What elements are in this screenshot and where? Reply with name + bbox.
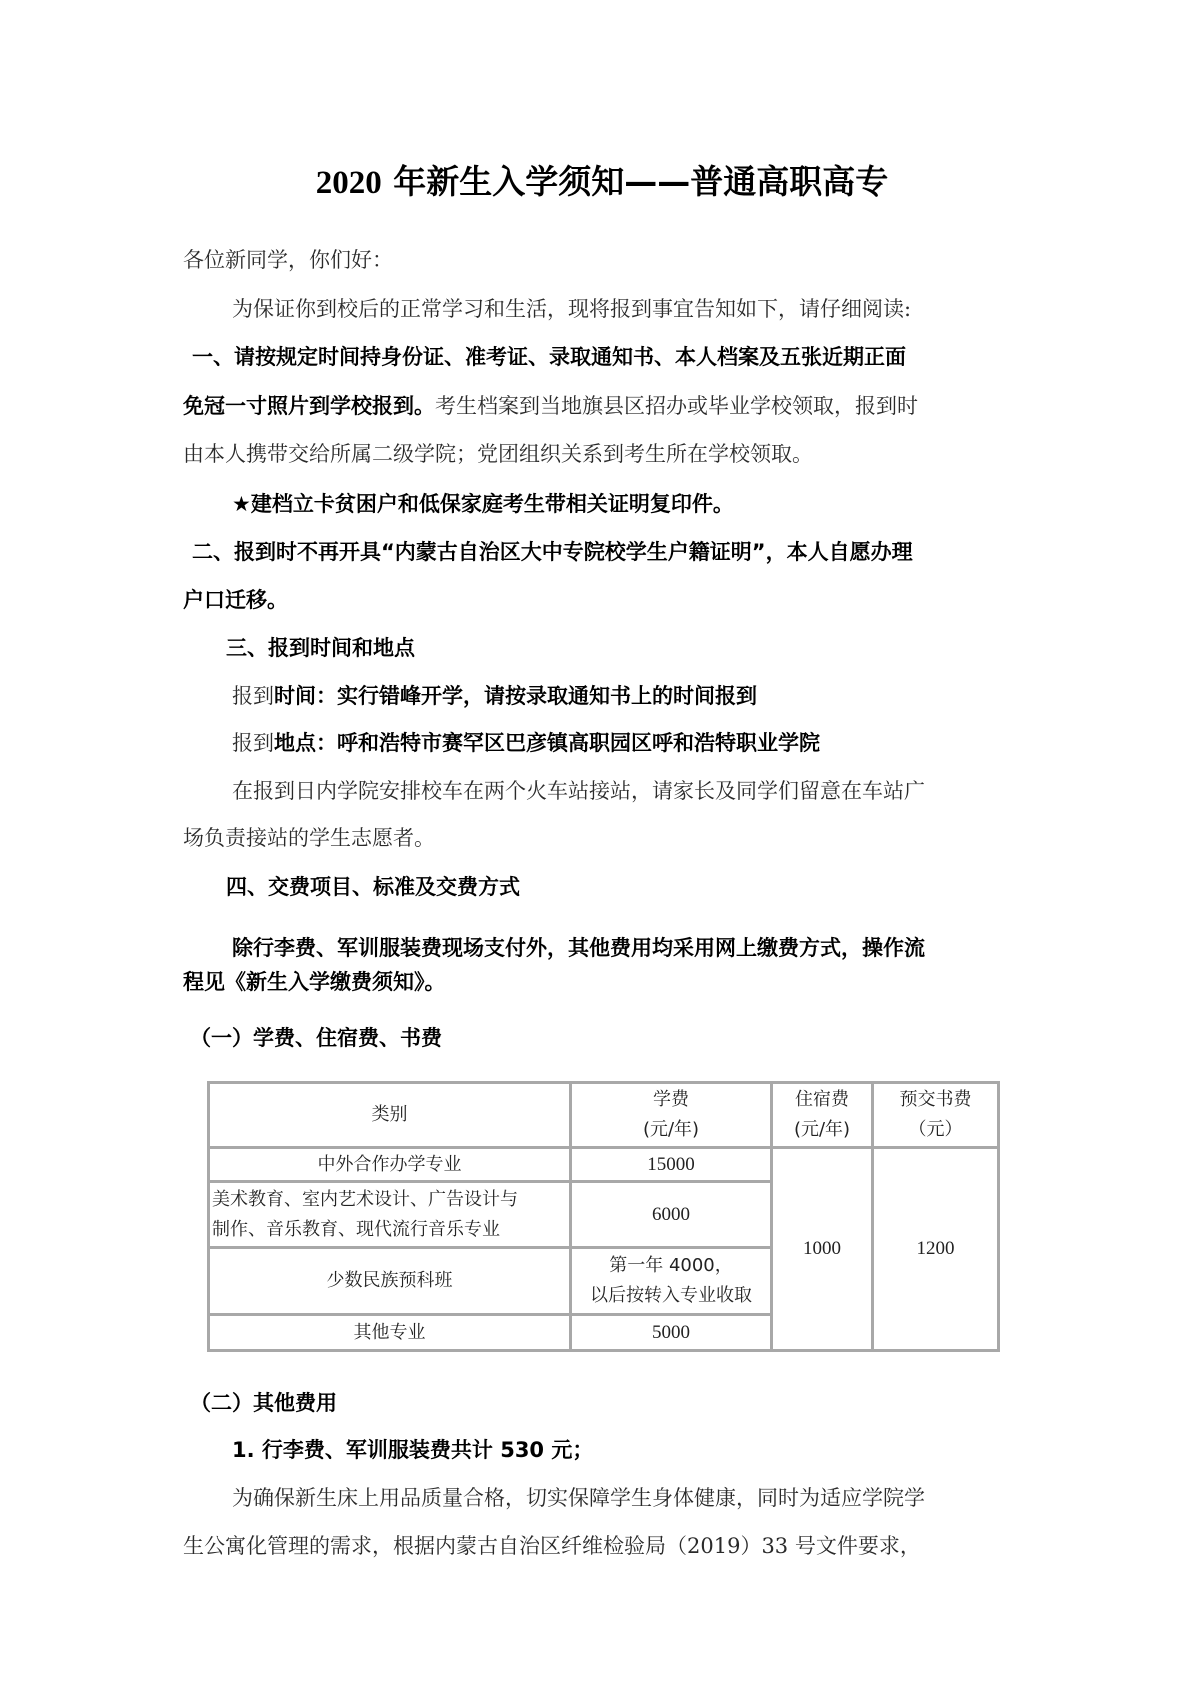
- pickup-line2: 场负责接站的学生志愿者。: [183, 825, 435, 851]
- cell-book-fee: 1200: [873, 1148, 999, 1351]
- section1-line3: 由本人携带交给所属二级学院；党团组织关系到考生所在学校领取。: [183, 441, 813, 467]
- section2-line2: 户口迁移。: [183, 587, 288, 613]
- report-location-prefix: 报到: [232, 731, 274, 755]
- section2-line1: 二、报到时不再开具“内蒙古自治区大中专院校学生户籍证明”，本人自愿办理: [192, 539, 913, 565]
- section1-line1: 一、请按规定时间持身份证、准考证、录取通知书、本人档案及五张近期正面: [192, 344, 906, 370]
- payment-line1: 除行李费、军训服装费现场支付外，其他费用均采用网上缴费方式，操作流: [232, 935, 925, 961]
- greeting: 各位新同学，你们好：: [183, 247, 393, 273]
- cell-category: 美术教育、室内艺术设计、广告设计与制作、音乐教育、现代流行音乐专业: [209, 1182, 571, 1248]
- cell-tuition: 6000: [571, 1182, 772, 1248]
- section3-heading: 三、报到时间和地点: [226, 635, 415, 661]
- section1-line2-regular: 考生档案到当地旗县区招办或毕业学校领取，报到时: [435, 394, 918, 418]
- table-row: 中外合作办学专业 15000 1000 1200: [209, 1148, 999, 1182]
- report-time: 报到时间：实行错峰开学，请按录取通知书上的时间报到: [232, 683, 757, 709]
- pickup-line1: 在报到日内学院安排校车在两个火车站接站，请家长及同学们留意在车站广: [232, 778, 925, 804]
- cell-category: 其他专业: [209, 1315, 571, 1351]
- section1-line2: 免冠一寸照片到学校报到。考生档案到当地旗县区招办或毕业学校领取，报到时: [183, 393, 918, 419]
- sub1-heading: （一）学费、住宿费、书费: [190, 1025, 442, 1051]
- report-time-value: 时间：实行错峰开学，请按录取通知书上的时间报到: [274, 684, 757, 708]
- section1-line2-bold: 免冠一寸照片到学校报到。: [183, 394, 435, 418]
- header-category: 类别: [209, 1083, 571, 1148]
- other-fee-item1: 1. 行李费、军训服装费共计 530 元；: [232, 1437, 593, 1463]
- star-note: ★建档立卡贫困户和低保家庭考生带相关证明复印件。: [232, 491, 734, 517]
- cell-category: 中外合作办学专业: [209, 1148, 571, 1182]
- cell-tuition: 15000: [571, 1148, 772, 1182]
- table-header-row: 类别 学费(元/年) 住宿费(元/年) 预交书费（元）: [209, 1083, 999, 1148]
- title-year: 2020: [316, 165, 382, 201]
- title-text: 年新生入学须知——普通高职高专: [382, 162, 889, 201]
- cell-tuition: 第一年 4000，以后按转入专业收取: [571, 1248, 772, 1315]
- header-books: 预交书费（元）: [873, 1083, 999, 1148]
- page-title: 2020 年新生入学须知——普通高职高专: [0, 162, 1204, 203]
- report-time-prefix: 报到: [232, 684, 274, 708]
- bedding-paragraph-line1: 为确保新生床上用品质量合格，切实保障学生身体健康，同时为适应学院学: [232, 1485, 925, 1511]
- bedding-paragraph-line2: 生公寓化管理的需求，根据内蒙古自治区纤维检验局（2019）33 号文件要求，: [183, 1533, 921, 1559]
- sub2-heading: （二）其他费用: [190, 1390, 337, 1416]
- intro-paragraph: 为保证你到校后的正常学习和生活，现将报到事宜告知如下，请仔细阅读:: [232, 296, 911, 322]
- payment-line2: 程见《新生入学缴费须知》。: [183, 969, 446, 995]
- header-tuition: 学费(元/年): [571, 1083, 772, 1148]
- report-location: 报到地点：呼和浩特市赛罕区巴彦镇高职园区呼和浩特职业学院: [232, 730, 820, 756]
- header-dorm: 住宿费(元/年): [772, 1083, 873, 1148]
- fee-table: 类别 学费(元/年) 住宿费(元/年) 预交书费（元） 中外合作办学专业 150…: [207, 1081, 1000, 1352]
- cell-category: 少数民族预科班: [209, 1248, 571, 1315]
- report-location-value: 地点：呼和浩特市赛罕区巴彦镇高职园区呼和浩特职业学院: [274, 731, 820, 755]
- cell-tuition: 5000: [571, 1315, 772, 1351]
- section4-heading: 四、交费项目、标准及交费方式: [226, 874, 520, 900]
- cell-dorm-fee: 1000: [772, 1148, 873, 1351]
